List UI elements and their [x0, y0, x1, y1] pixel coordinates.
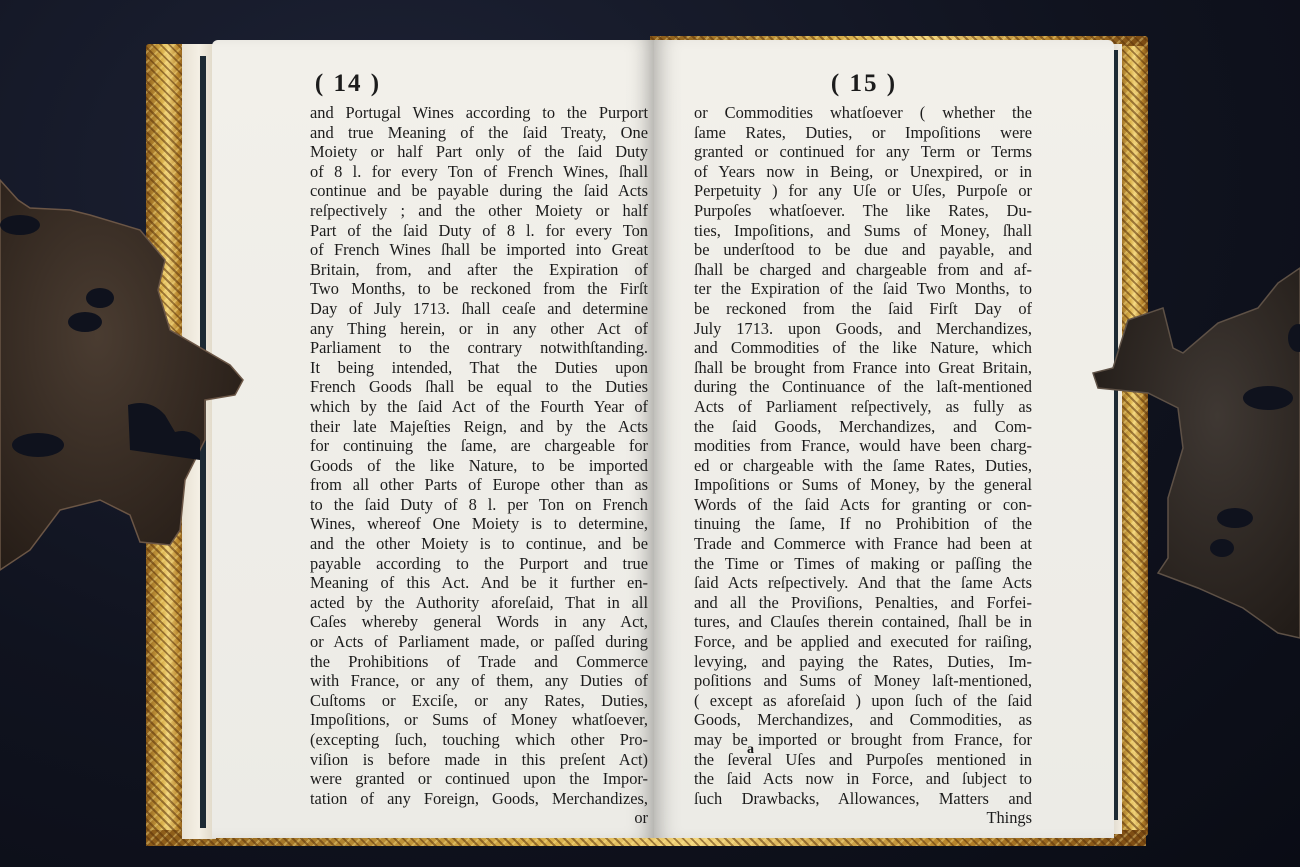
signature-mark: a	[747, 742, 754, 758]
text-line: or Commodities whatſoever ( whether the	[694, 103, 1032, 123]
text-line: Words of the ſaid Acts for granting or c…	[694, 495, 1032, 515]
page-body-text: or Commodities whatſoever ( whether theſ…	[694, 103, 1032, 828]
text-line: any Thing herein, or in any other Act of	[310, 319, 648, 339]
text-line: may be imported or brought from France, …	[694, 730, 1032, 750]
text-line: Meaning of this Act. And be it further e…	[310, 573, 648, 593]
text-line: their late Majeſties Reign, and by the A…	[310, 417, 648, 437]
text-line: viſion is before made in this preſent Ac…	[310, 750, 648, 770]
text-line: from all other Parts of Europe other tha…	[310, 475, 648, 495]
text-line: ( except as aforeſaid ) upon ſuch of the…	[694, 691, 1032, 711]
text-line: with France, or any of them, any Duties …	[310, 671, 648, 691]
text-line: French Goods ſhall be equal to the Dutie…	[310, 377, 648, 397]
text-line: and all the Proviſions, Penalties, and F…	[694, 593, 1032, 613]
text-line: be underſtood to be due and payable, and	[694, 240, 1032, 260]
page-number: ( 15 )	[634, 70, 1094, 98]
text-line: ſhall be brought from France into Great …	[694, 358, 1032, 378]
text-line: Moiety or half Part only of the ſaid Dut…	[310, 142, 648, 162]
text-line: to the ſaid Duty of 8 l. per Ton on Fren…	[310, 495, 648, 515]
text-line: were granted or continued upon the Impor…	[310, 769, 648, 789]
text-line: be reckoned from the ſaid Firſt Day of	[694, 299, 1032, 319]
text-line: Caſes whereby general Words in any Act,	[310, 612, 648, 632]
text-line: modities from France, would have been ch…	[694, 436, 1032, 456]
text-line: ed or chargeable with the ſame Rates, Du…	[694, 456, 1032, 476]
text-line: poſitions and Sums of Money laſt-mention…	[694, 671, 1032, 691]
text-line: during the Continuance of the laſt-menti…	[694, 377, 1032, 397]
text-line: of 8 l. for every Ton of French Wines, ſ…	[310, 162, 648, 182]
text-line: Parliament to the contrary notwithſtandi…	[310, 338, 648, 358]
text-line: the ſeveral Uſes and Purpoſes mentioned …	[694, 750, 1032, 770]
text-line: granted or continued for any Term or Ter…	[694, 142, 1032, 162]
text-line: the ſaid Acts now in Force, and ſubject …	[694, 769, 1032, 789]
right-page: ( 15 ) or Commodities whatſoever ( wheth…	[654, 40, 1114, 838]
text-line: (excepting ſuch, touching which other Pr…	[310, 730, 648, 750]
text-line: the Time or Times of making or paſſing t…	[694, 554, 1032, 574]
text-line: tinuing the ſame, If no Prohibition of t…	[694, 514, 1032, 534]
metal-clasp-right-icon	[1088, 258, 1300, 648]
text-line: and true Meaning of the ſaid Treaty, One	[310, 123, 648, 143]
text-line: which by the ſaid Act of the Fourth Year…	[310, 397, 648, 417]
catchword: Things	[694, 808, 1032, 828]
page-number: ( 14 )	[127, 70, 569, 98]
text-line: and Commodities of the like Nature, whic…	[694, 338, 1032, 358]
text-line: Force, and be applied and executed for r…	[694, 632, 1032, 652]
text-line: July 1713. upon Goods, and Merchandizes,	[694, 319, 1032, 339]
text-line: for continuing the ſame, are chargeable …	[310, 436, 648, 456]
text-line: Goods, Merchandizes, and Commodities, as	[694, 710, 1032, 730]
open-book-photo: ( 14 ) and Portugal Wines according to t…	[0, 0, 1300, 867]
page-body-text: and Portugal Wines according to the Purp…	[310, 103, 648, 828]
text-line: tures, and Clauſes therein contained, ſh…	[694, 612, 1032, 632]
text-line: continue and be payable during the ſaid …	[310, 181, 648, 201]
text-line: Impoſitions or Sums of Money, by the gen…	[694, 475, 1032, 495]
text-line: Trade and Commerce with France had been …	[694, 534, 1032, 554]
text-line: Perpetuity ) for any Uſe or Uſes, Purpoſ…	[694, 181, 1032, 201]
text-line: Two Months, to be reckoned from the Firſ…	[310, 279, 648, 299]
text-line: ſhall be charged and chargeable from and…	[694, 260, 1032, 280]
text-line: ties, Impoſitions, and Sums of Money, ſh…	[694, 221, 1032, 241]
text-line: ſaid Acts reſpectively. And that the ſam…	[694, 573, 1032, 593]
text-line: and the other Moiety is to continue, and…	[310, 534, 648, 554]
text-line: Cuſtoms or Exciſe, or any Rates, Duties,	[310, 691, 648, 711]
text-line: acted by the Authority aforeſaid, That i…	[310, 593, 648, 613]
text-line: Wines, whereof One Moiety is to determin…	[310, 514, 648, 534]
catchword: or	[310, 808, 648, 828]
text-line: Acts of Parliament reſpectively, as full…	[694, 397, 1032, 417]
text-line: Part of the ſaid Duty of 8 l. for every …	[310, 221, 648, 241]
text-line: Britain, from, and after the Expiration …	[310, 260, 648, 280]
text-line: the Prohibitions of Trade and Commerce	[310, 652, 648, 672]
text-line: ſame Rates, Duties, or Impoſitions were	[694, 123, 1032, 143]
text-line: levying, and paying the Rates, Duties, I…	[694, 652, 1032, 672]
text-line: of French Wines ſhall be imported into G…	[310, 240, 648, 260]
text-line: payable according to the Purport and tru…	[310, 554, 648, 574]
left-page: ( 14 ) and Portugal Wines according to t…	[212, 40, 654, 838]
metal-clasp-left-icon	[0, 170, 250, 590]
text-line: Day of July 1713. ſhall ceaſe and determ…	[310, 299, 648, 319]
text-line: It being intended, That the Duties upon	[310, 358, 648, 378]
text-line: Goods of the like Nature, to be imported	[310, 456, 648, 476]
text-line: the ſaid Goods, Merchandizes, and Com-	[694, 417, 1032, 437]
text-line: of Years now in Being, or Unexpired, or …	[694, 162, 1032, 182]
text-line: or Acts of Parliament made, or paſſed du…	[310, 632, 648, 652]
text-line: ſuch Drawbacks, Allowances, Matters and	[694, 789, 1032, 809]
text-line: reſpectively ; and the other Moiety or h…	[310, 201, 648, 221]
text-line: Purpoſes whatſoever. The like Rates, Du-	[694, 201, 1032, 221]
text-line: tation of any Foreign, Goods, Merchandiz…	[310, 789, 648, 809]
text-line: and Portugal Wines according to the Purp…	[310, 103, 648, 123]
text-line: ter the Expiration of the ſaid Two Month…	[694, 279, 1032, 299]
text-line: Impoſitions, or Sums of Money whatſoever…	[310, 710, 648, 730]
